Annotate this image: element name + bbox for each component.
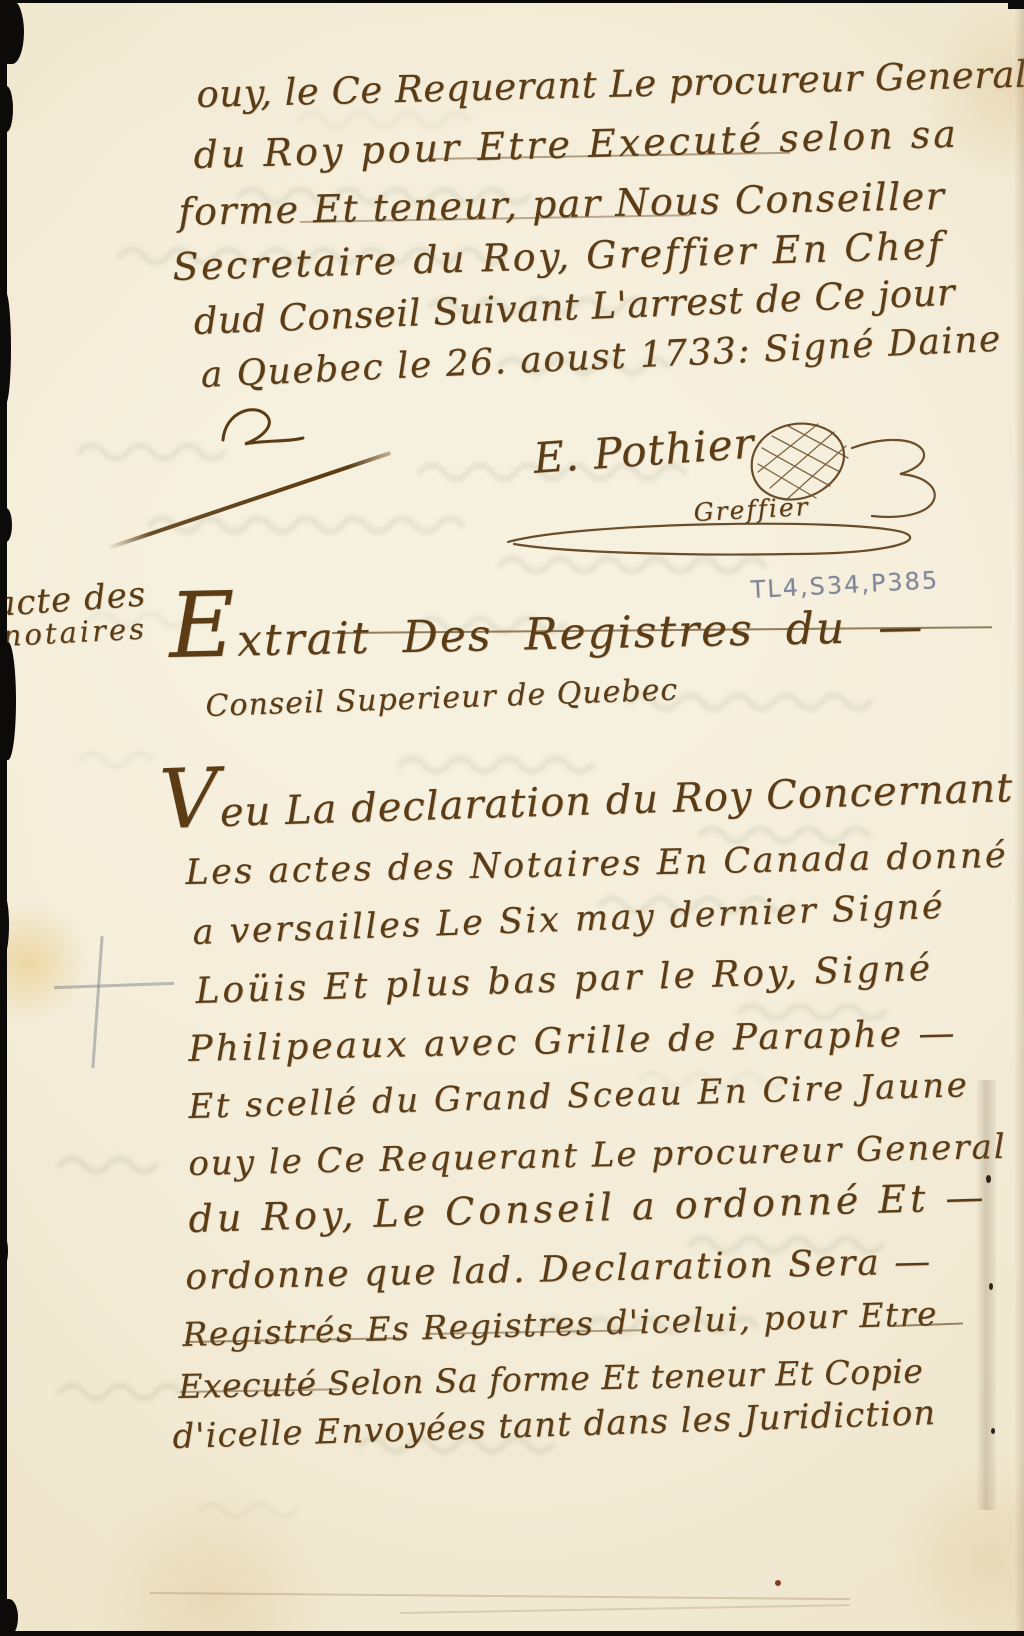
ink-speck	[989, 1283, 993, 1290]
scan-edge-blob	[0, 508, 12, 542]
scan-edge-bottom	[0, 1631, 1024, 1636]
scan-edge-left	[0, 0, 7, 1636]
scan-edge-blob	[0, 0, 24, 64]
scan-edge-blob	[0, 1236, 8, 1266]
scan-edge-blob	[0, 642, 16, 760]
margin-note-line-2: notaires	[2, 614, 148, 651]
ink-speck	[991, 1428, 995, 1434]
scan-edge-blob	[0, 896, 9, 954]
stain-speck	[775, 1580, 781, 1586]
scan-edge-top	[0, 0, 1024, 3]
page-edge-shade-right	[1014, 0, 1024, 1636]
page-fold-shadow	[976, 1080, 996, 1510]
scan-edge-blob	[0, 292, 11, 404]
scan-edge-blob	[0, 86, 13, 132]
heading-line-1: Extrait Des Registres du —	[168, 566, 925, 672]
ink-speck	[986, 1175, 991, 1183]
ink-flourish-mark	[215, 398, 310, 453]
scan-edge-blob	[0, 1599, 18, 1636]
signature-title: Greffier	[693, 494, 810, 525]
scan-edge-corner	[1008, 0, 1024, 9]
manuscript-page: ouy, le Ce Requerant Le procureur Genera…	[0, 0, 1024, 1636]
